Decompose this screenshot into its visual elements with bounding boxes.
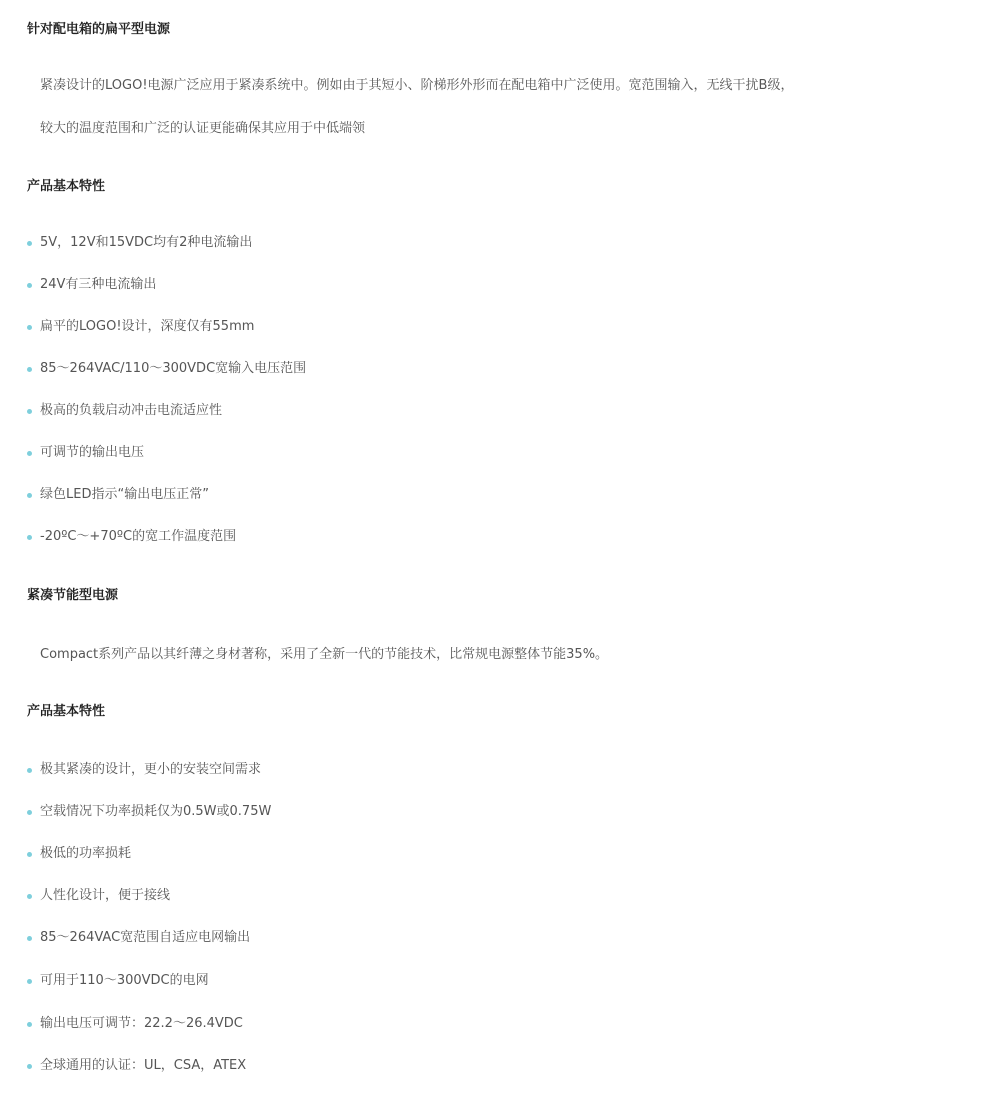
bullet-icon (27, 451, 32, 456)
feature-text: 输出电压可调节：22.2～26.4VDC (40, 1015, 243, 1033)
section-title-compact-power-supply: 紧凑节能型电源 (27, 587, 118, 605)
bullet-icon (27, 283, 32, 288)
feature-text: 极高的负载启动冲击电流适应性 (40, 402, 222, 420)
feature-text: 极其紧凑的设计，更小的安装空间需求 (40, 761, 261, 779)
feature-list-item: 极低的功率损耗 (27, 845, 131, 863)
feature-list-item: 可调节的输出电压 (27, 444, 144, 462)
bullet-icon (27, 894, 32, 899)
bullet-icon (27, 936, 32, 941)
bullet-icon (27, 241, 32, 246)
section-intro-line-1: 紧凑设计的LOGO!电源广泛应用于紧凑系统中。例如由于其短小、阶梯形外形而在配电… (40, 77, 793, 95)
section-intro: Compact系列产品以其纤薄之身材著称，采用了全新一代的节能技术，比常规电源整… (40, 646, 608, 664)
feature-text: 5V，12V和15VDC均有2种电流输出 (40, 234, 252, 252)
feature-text: -20ºC～+70ºC的宽工作温度范围 (40, 528, 236, 546)
feature-list-item: 空载情况下功率损耗仅为0.5W或0.75W (27, 803, 271, 821)
feature-list-item: 扁平的LOGO!设计，深度仅有55mm (27, 318, 254, 336)
feature-list-item: 极高的负载启动冲击电流适应性 (27, 402, 222, 420)
bullet-icon (27, 810, 32, 815)
feature-list-item: 极其紧凑的设计，更小的安装空间需求 (27, 761, 261, 779)
bullet-icon (27, 1022, 32, 1027)
bullet-icon (27, 535, 32, 540)
features-heading: 产品基本特性 (27, 703, 105, 721)
bullet-icon (27, 768, 32, 773)
feature-text: 全球通用的认证：UL，CSA，ATEX (40, 1057, 246, 1075)
feature-text: 85～264VAC/110～300VDC宽输入电压范围 (40, 360, 306, 378)
feature-list-item: 85～264VAC宽范围自适应电网输出 (27, 929, 250, 947)
bullet-icon (27, 979, 32, 984)
feature-list-item: 绿色LED指示“输出电压正常” (27, 486, 209, 504)
feature-list-item: 人性化设计，便于接线 (27, 887, 170, 905)
feature-list-item: 85～264VAC/110～300VDC宽输入电压范围 (27, 360, 306, 378)
feature-text: 空载情况下功率损耗仅为0.5W或0.75W (40, 803, 271, 821)
feature-list-item: -20ºC～+70ºC的宽工作温度范围 (27, 528, 236, 546)
feature-text: 人性化设计，便于接线 (40, 887, 170, 905)
bullet-icon (27, 367, 32, 372)
feature-text: 极低的功率损耗 (40, 845, 131, 863)
feature-text: 24V有三种电流输出 (40, 276, 156, 294)
bullet-icon (27, 493, 32, 498)
feature-text: 可用于110～300VDC的电网 (40, 972, 209, 990)
section-intro-line-2: 较大的温度范围和广泛的认证更能确保其应用于中低端领 (40, 120, 365, 138)
features-heading: 产品基本特性 (27, 178, 105, 196)
feature-list-item: 24V有三种电流输出 (27, 276, 156, 294)
bullet-icon (27, 409, 32, 414)
bullet-icon (27, 1064, 32, 1069)
feature-text: 绿色LED指示“输出电压正常” (40, 486, 209, 504)
section-title-flat-power-supply: 针对配电箱的扁平型电源 (27, 21, 170, 39)
feature-text: 85～264VAC宽范围自适应电网输出 (40, 929, 250, 947)
feature-list-item: 输出电压可调节：22.2～26.4VDC (27, 1015, 243, 1033)
bullet-icon (27, 852, 32, 857)
feature-list-item: 5V，12V和15VDC均有2种电流输出 (27, 234, 252, 252)
bullet-icon (27, 325, 32, 330)
feature-text: 可调节的输出电压 (40, 444, 144, 462)
feature-list-item: 全球通用的认证：UL，CSA，ATEX (27, 1057, 246, 1075)
feature-list-item: 可用于110～300VDC的电网 (27, 972, 209, 990)
feature-text: 扁平的LOGO!设计，深度仅有55mm (40, 318, 254, 336)
